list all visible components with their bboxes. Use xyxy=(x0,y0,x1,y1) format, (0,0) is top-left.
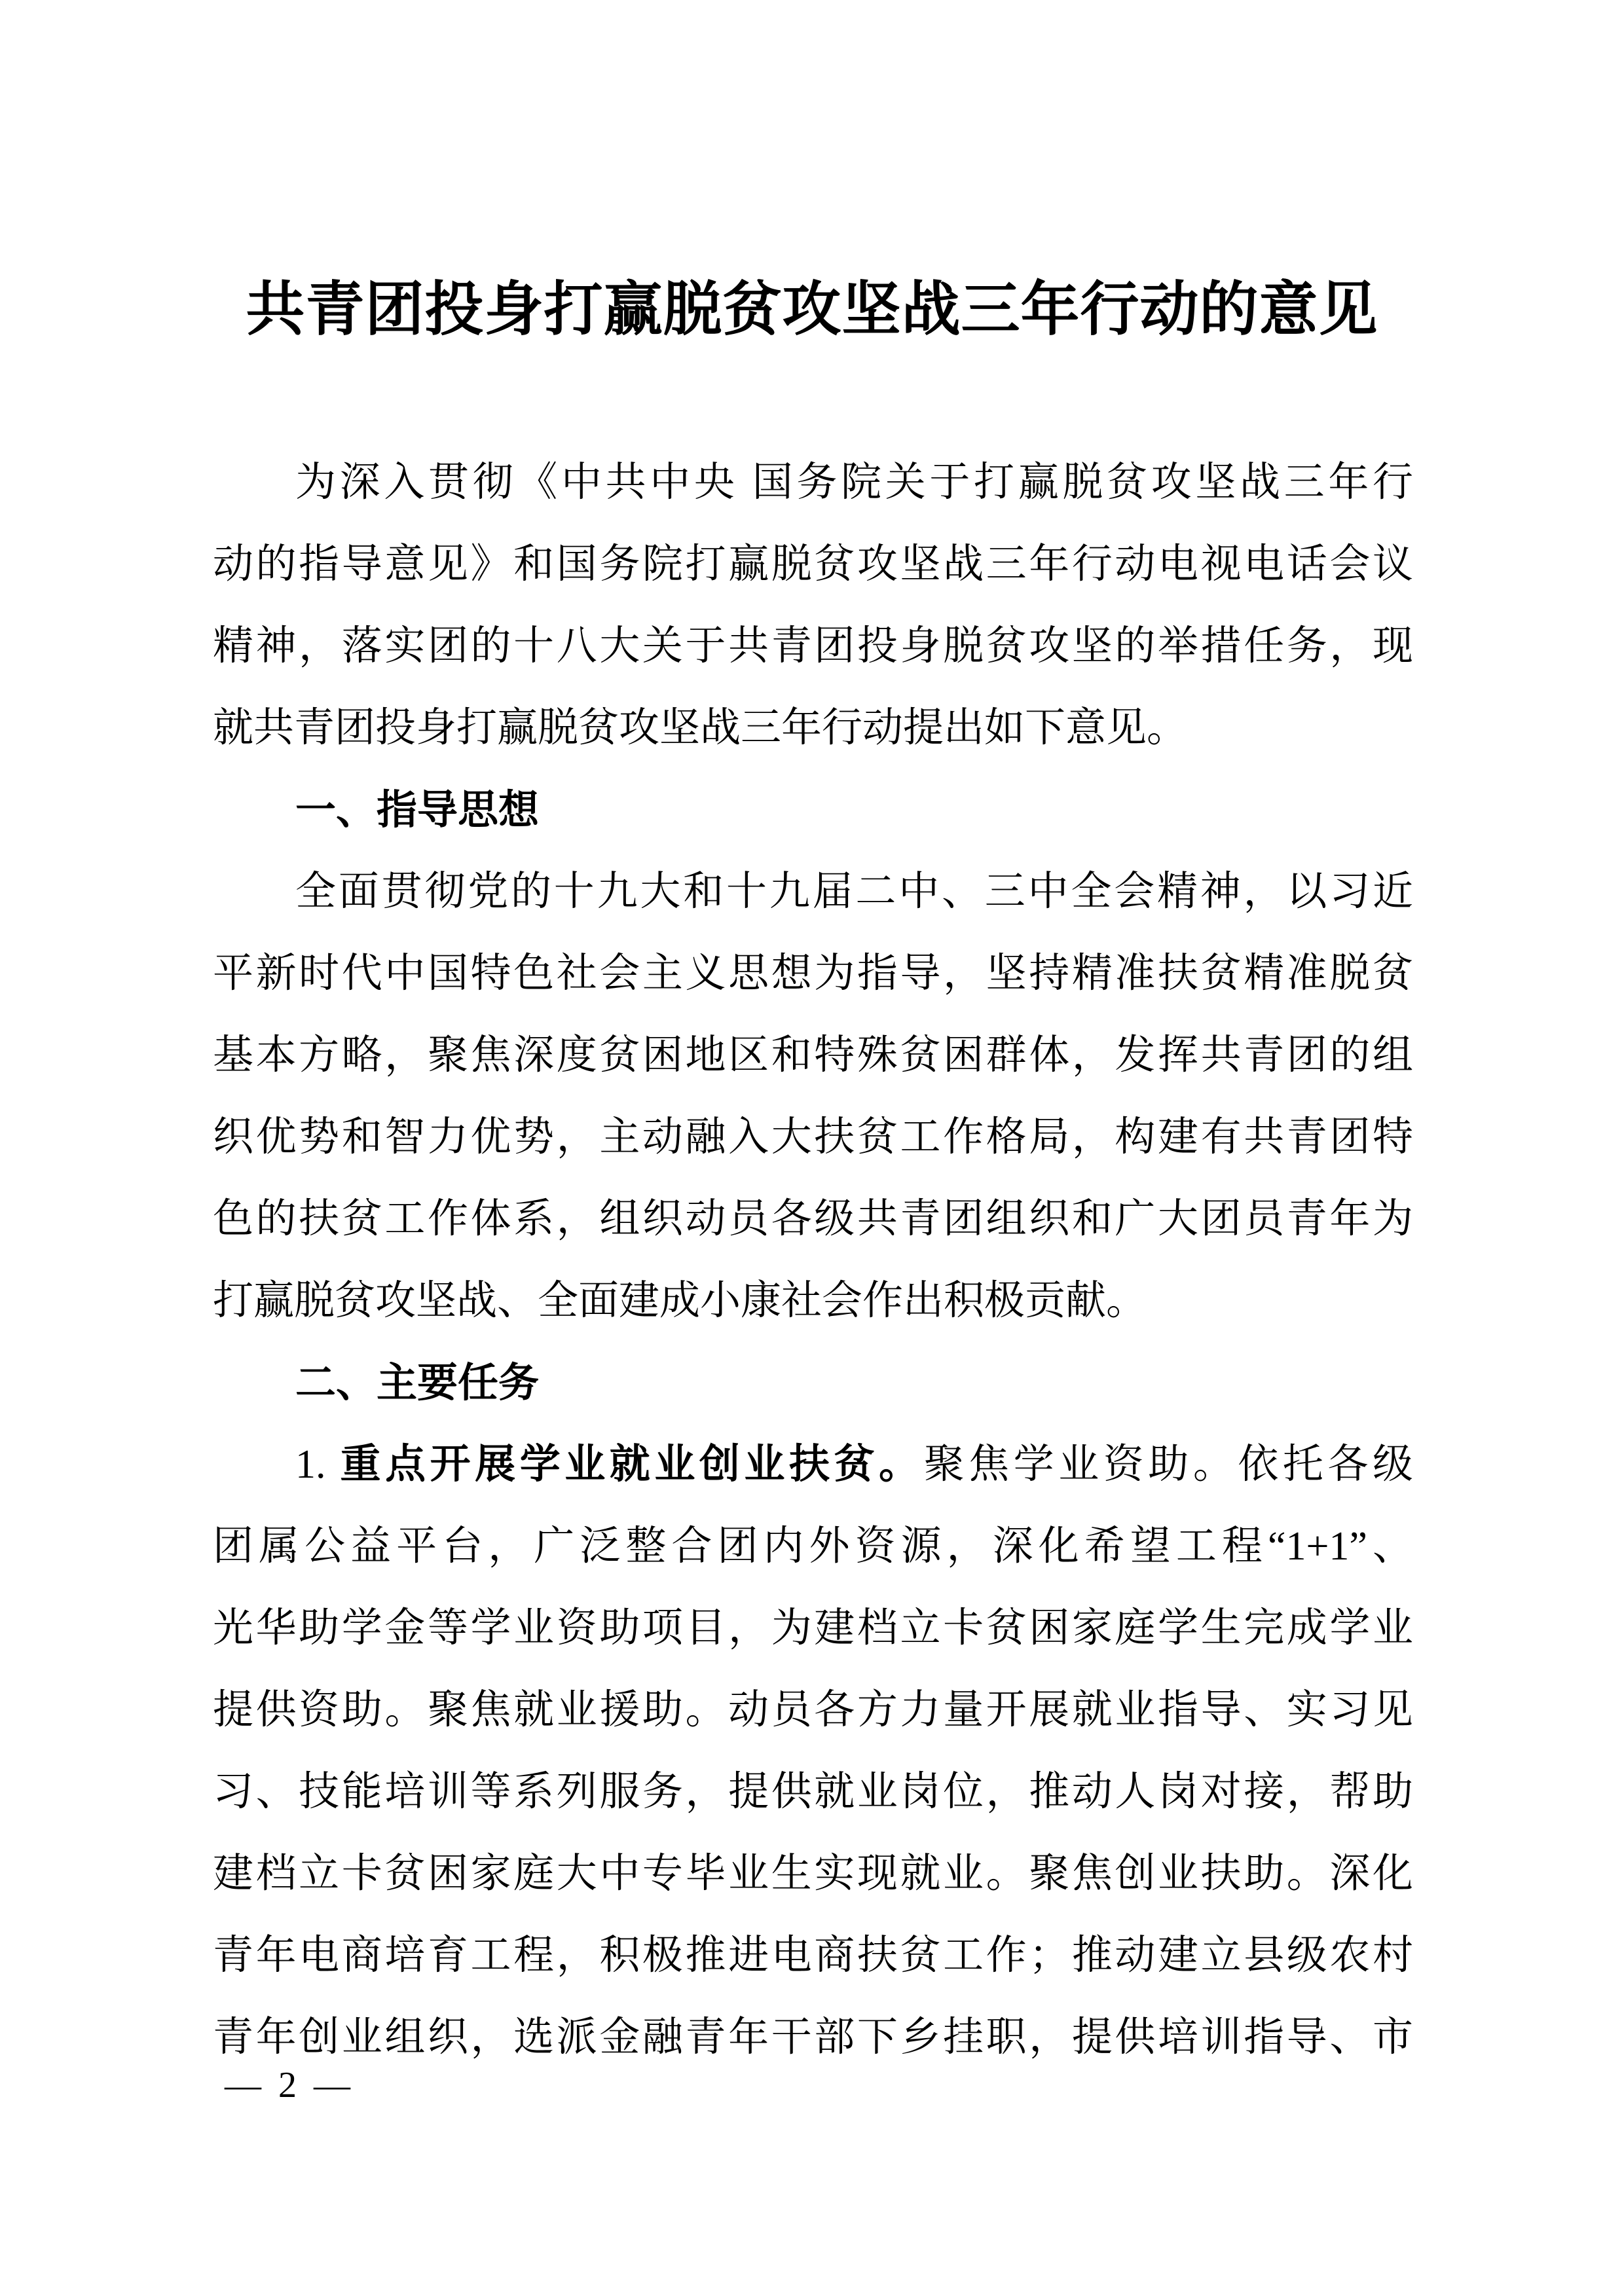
line-text: 提供资助。 xyxy=(213,1688,428,1732)
paragraph2-line4: 织优势和智力优势，主动融入大扶贫工作格局，构建有共青团特 xyxy=(213,1097,1413,1178)
paragraph1-line3: 精神，落实团的十八大关于共青团投身脱贫攻坚的举措任务，现 xyxy=(213,606,1413,687)
page-number: — 2 — xyxy=(225,2062,354,2108)
paragraph2-line6: 打赢脱贫攻坚战、全面建成小康社会作出积极贡献。 xyxy=(213,1260,1413,1342)
paragraph3-line3: 光华助学金等学业资助项目，为建档立卡贫困家庭学生完成学业 xyxy=(213,1588,1413,1669)
item-number: 1. xyxy=(295,1442,341,1487)
paragraph3-line2: 团属公益平台，广泛整合团内外资源，深化希望工程“1+1”、 xyxy=(213,1506,1413,1588)
section-heading-1: 一、指导思想 xyxy=(213,769,1413,851)
paragraph3-line4: 提供资助。聚焦就业援助。动员各方力量开展就业指导、实习见 xyxy=(213,1669,1413,1751)
paragraph1-line1: 为深入贯彻《中共中央 国务院关于打赢脱贫攻坚战三年行 xyxy=(213,442,1413,524)
paragraph1-line4: 就共青团投身打赢脱贫攻坚战三年行动提出如下意见。 xyxy=(213,687,1413,769)
paragraph2-line5: 色的扶贫工作体系，组织动员各级共青团组织和广大团员青年为 xyxy=(213,1178,1413,1260)
paragraph3-line7: 青年电商培育工程，积极推进电商扶贫工作；推动建立县级农村 xyxy=(213,1915,1413,1997)
line-text: 深化 xyxy=(1329,1851,1413,1896)
paragraph3-line1: 1. 重点开展学业就业创业扶贫。聚焦学业资助。依托各级 xyxy=(213,1424,1413,1506)
document-body: 为深入贯彻《中共中央 国务院关于打赢脱贫攻坚战三年行 动的指导意见》和国务院打赢… xyxy=(213,442,1413,2079)
focus-phrase-study-aid: 聚焦学业资助。 xyxy=(924,1442,1238,1487)
paragraph1-line2: 动的指导意见》和国务院打赢脱贫攻坚战三年行动电视电话会议 xyxy=(213,524,1413,606)
focus-phrase-employment-aid: 聚焦就业援助。 xyxy=(428,1688,728,1732)
line-text: 动员各方力量开展就业指导、实习见 xyxy=(728,1688,1413,1732)
focus-phrase-startup-aid: 聚焦创业扶助。 xyxy=(1029,1851,1329,1896)
document-title: 共青团投身打赢脱贫攻坚战三年行动的意见 xyxy=(0,274,1624,347)
line-text: 建档立卡贫困家庭大中专毕业生实现就业。 xyxy=(213,1851,1029,1896)
paragraph2-line3: 基本方略，聚焦深度贫困地区和特殊贫困群体，发挥共青团的组 xyxy=(213,1015,1413,1097)
paragraph2-line2: 平新时代中国特色社会主义思想为指导，坚持精准扶贫精准脱贫 xyxy=(213,933,1413,1015)
paragraph3-line6: 建档立卡贫困家庭大中专毕业生实现就业。聚焦创业扶助。深化 xyxy=(213,1833,1413,1915)
paragraph3-line8: 青年创业组织，选派金融青年干部下乡挂职，提供培训指导、市 xyxy=(213,1997,1413,2079)
paragraph2-line1: 全面贯彻党的十九大和十九届二中、三中全会精神，以习近 xyxy=(213,851,1413,933)
document-page: 共青团投身打赢脱贫攻坚战三年行动的意见 为深入贯彻《中共中央 国务院关于打赢脱贫… xyxy=(0,0,1624,2296)
paragraph3-line5: 习、技能培训等系列服务，提供就业岗位，推动人岗对接，帮助 xyxy=(213,1751,1413,1833)
line-text: 依托各级 xyxy=(1238,1442,1413,1487)
section-heading-2: 二、主要任务 xyxy=(213,1342,1413,1424)
item-emphasis-phrase: 重点开展学业就业创业扶贫。 xyxy=(341,1442,924,1487)
